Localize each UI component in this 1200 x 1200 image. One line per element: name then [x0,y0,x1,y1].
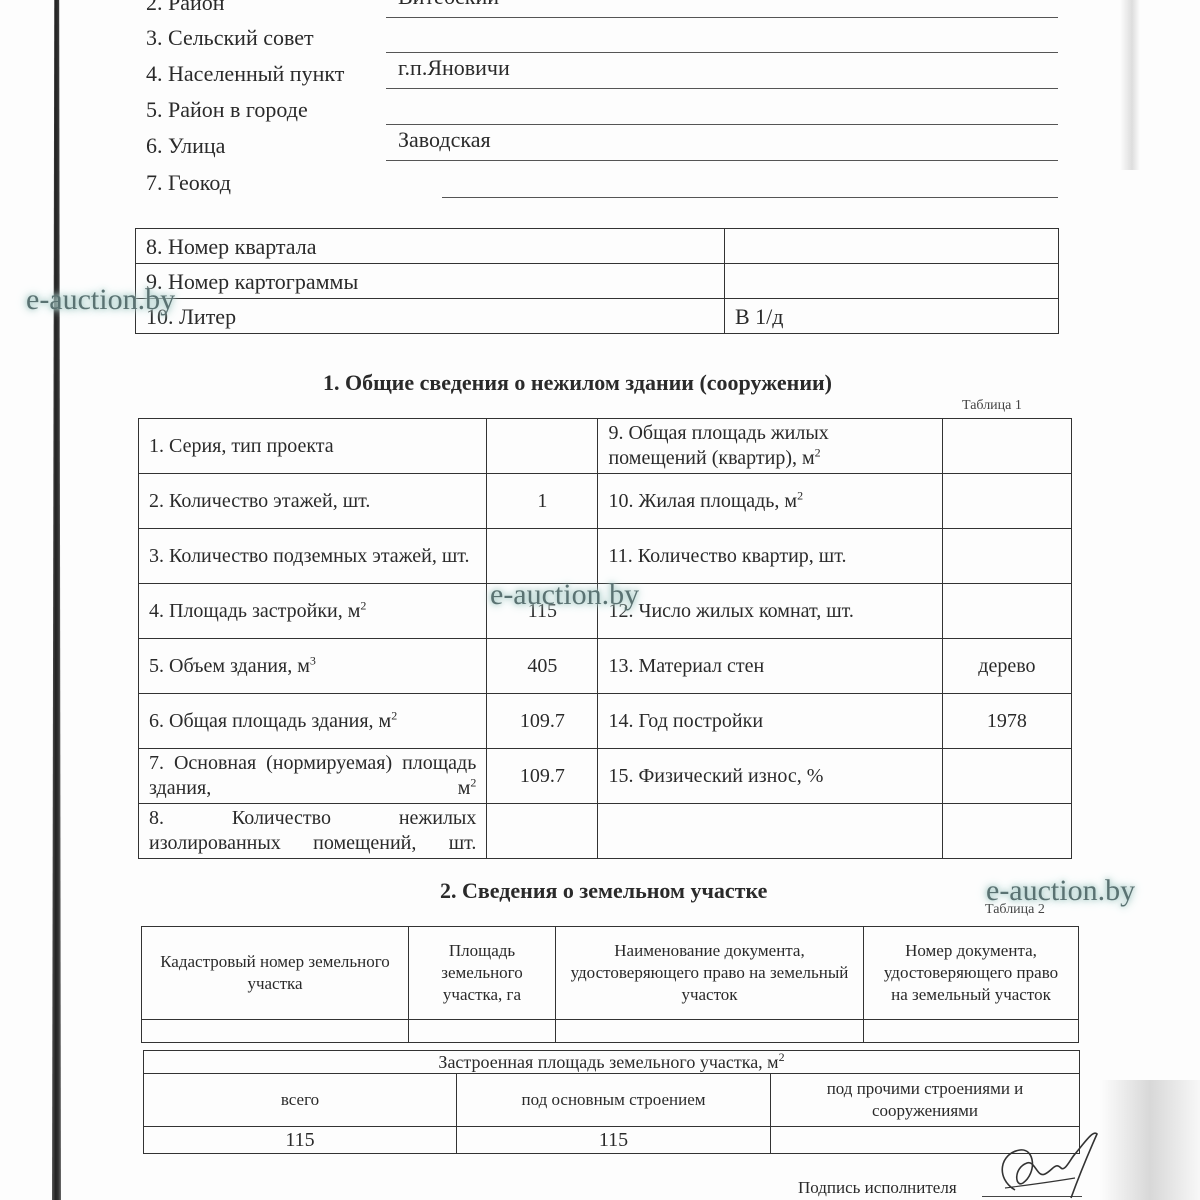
title-text: Застроенная площадь земельного участка, … [438,1052,778,1072]
cell-label: 15. Физический износ, % [598,749,942,804]
column-header: всего [144,1074,457,1127]
label-text: 7. Основная (нормируемая) площадь здания… [149,752,476,799]
cell-value [725,229,1059,264]
table-row: 5. Объем здания, м3 405 13. Материал сте… [139,639,1072,694]
table-header-row: Кадастровый номер земельного участка Пло… [142,927,1079,1020]
scan-binding-edge [52,0,61,1200]
field-label: 6. Улица [146,131,225,161]
field-label: 7. Геокод [146,168,231,198]
cell-value: 115 [457,1127,771,1154]
cell-label: 6. Общая площадь здания, м2 [139,694,487,749]
table-row: 1. Серия, тип проекта 9. Общая площадь ж… [139,419,1072,474]
scan-shadow [1120,0,1140,170]
table-row: 2. Количество этажей, шт. 1 10. Жилая пл… [139,474,1072,529]
superscript: 2 [360,598,366,612]
label-text: 1. Серия, тип проекта [149,435,334,457]
cell-label: 8. Количество нежилых изолированных поме… [139,804,487,859]
cell-value: 115 [144,1127,457,1154]
scan-shadow [1100,1080,1200,1200]
table-header-row: Застроенная площадь земельного участка, … [144,1051,1080,1074]
field-label: 3. Сельский совет [146,23,314,53]
building-info-table: 1. Серия, тип проекта 9. Общая площадь ж… [138,418,1072,859]
cell-value: 1 [487,474,598,529]
underline [386,160,1058,161]
superscript: 2 [470,775,476,789]
table-row: 10. Литер В 1/д [136,299,1059,334]
address-row-village-council: 3. Сельский совет [146,23,1058,53]
cell-value [725,264,1059,299]
table-1-caption: Таблица 1 [962,398,1022,414]
underline [386,88,1058,89]
cell-label [598,804,942,859]
cell-value [864,1020,1079,1043]
cell-label: 10. Литер [136,299,725,334]
table-row: 9. Номер картограммы [136,264,1059,299]
table-row: 7. Основная (нормируемая) площадь здания… [139,749,1072,804]
cell-label: 14. Год постройки [598,694,942,749]
field-label: 5. Район в городе [146,95,308,125]
field-label: 2. Район [146,0,225,18]
label-text: 2. Количество этажей, шт. [149,490,370,512]
cell-label: 7. Основная (нормируемая) площадь здания… [139,749,487,804]
label-text: 11. Количество квартир, шт. [608,545,846,567]
identifiers-table: 8. Номер квартала 9. Номер картограммы 1… [135,228,1059,334]
address-row-geocode: 7. Геокод [146,168,1058,198]
cell-label: 2. Количество этажей, шт. [139,474,487,529]
label-text: 10. Жилая площадь, м [608,490,797,512]
cell-value [409,1020,556,1043]
field-label: 4. Населенный пункт [146,59,344,89]
superscript: 3 [310,653,316,667]
cell-value: 109.7 [487,694,598,749]
table-row: 115 115 [144,1127,1080,1154]
land-plot-table: Кадастровый номер земельного участка Пло… [141,926,1079,1043]
label-text: 5. Объем здания, м [149,655,310,677]
superscript: 2 [815,445,821,459]
built-area-title: Застроенная площадь земельного участка, … [144,1051,1080,1074]
cell-value: 109.7 [487,749,598,804]
column-header: Номер документа, удостоверяющего право н… [864,927,1079,1020]
table-header-row: всего под основным строением под прочими… [144,1074,1080,1127]
cell-value [487,529,598,584]
cell-label: 5. Объем здания, м3 [139,639,487,694]
label-text: 12. Число жилых комнат, шт. [608,600,853,622]
cell-value: 405 [487,639,598,694]
label-text: 4. Площадь застройки, м [149,600,360,622]
cell-value [142,1020,409,1043]
cell-value [942,419,1071,474]
cell-value [942,749,1071,804]
cell-label: 3. Количество подземных этажей, шт. [139,529,487,584]
field-value: г.п.Яновичи [398,53,510,83]
label-text: 13. Материал стен [608,655,764,677]
cell-value [487,419,598,474]
table-row: 8. Номер квартала [136,229,1059,264]
cell-value: дерево [942,639,1071,694]
table-row: 3. Количество подземных этажей, шт. 11. … [139,529,1072,584]
column-header: Наименование документа, удостоверяющего … [556,927,864,1020]
address-row-settlement: 4. Населенный пункт г.п.Яновичи [146,59,1058,89]
cell-label: 8. Номер квартала [136,229,725,264]
label-text: 6. Общая площадь здания, м [149,710,391,732]
label-text: 15. Физический износ, % [608,765,823,787]
cell-label: 13. Материал стен [598,639,942,694]
column-header: под основным строением [457,1074,771,1127]
cell-value [942,529,1071,584]
watermark: e-auction.by [986,874,1135,908]
superscript: 2 [797,488,803,502]
watermark: e-auction.by [490,578,639,612]
column-header: Кадастровый номер земельного участка [142,927,409,1020]
cell-label: 9. Номер картограммы [136,264,725,299]
cell-label: 1. Серия, тип проекта [139,419,487,474]
cell-value [487,804,598,859]
table-row: 8. Количество нежилых изолированных поме… [139,804,1072,859]
field-value: Витебский [398,0,499,12]
watermark: e-auction.by [26,283,175,317]
cell-label: 11. Количество квартир, шт. [598,529,942,584]
cell-label: 9. Общая площадь жилых помещений (кварти… [598,419,942,474]
cell-value [942,584,1071,639]
address-row-street: 6. Улица Заводская [146,131,1058,161]
built-area-table: Застроенная площадь земельного участка, … [143,1050,1080,1154]
address-row-city-district: 5. Район в городе [146,95,1058,125]
label-text: 9. Общая площадь жилых помещений (кварти… [608,422,828,469]
superscript: 2 [779,1050,785,1064]
signature-label: Подпись исполнителя [798,1178,957,1198]
table-row: 6. Общая площадь здания, м2 109.7 14. Го… [139,694,1072,749]
cell-value [942,474,1071,529]
cell-label: 12. Число жилых комнат, шт. [598,584,942,639]
address-row-district: 2. Район Витебский [146,0,1058,18]
section-2-title: 2. Сведения о земельном участке [440,878,767,904]
cell-value: В 1/д [725,299,1059,334]
label-text: 8. Количество нежилых изолированных поме… [149,807,476,854]
signature-icon [975,1128,1105,1200]
label-text: 14. Год постройки [608,710,763,732]
column-header: под прочими строениями и сооружениями [771,1074,1080,1127]
table-row [142,1020,1079,1043]
column-header: Площадь земельного участка, га [409,927,556,1020]
underline [442,197,1058,198]
superscript: 2 [391,708,397,722]
cell-label: 4. Площадь застройки, м2 [139,584,487,639]
section-1-title: 1. Общие сведения о нежилом здании (соор… [323,370,832,396]
field-value: Заводская [398,125,491,155]
cell-value [556,1020,864,1043]
cell-value: 1978 [942,694,1071,749]
label-text: 3. Количество подземных этажей, шт. [149,545,469,567]
cell-value [942,804,1071,859]
underline [386,17,1058,18]
cell-label: 10. Жилая площадь, м2 [598,474,942,529]
